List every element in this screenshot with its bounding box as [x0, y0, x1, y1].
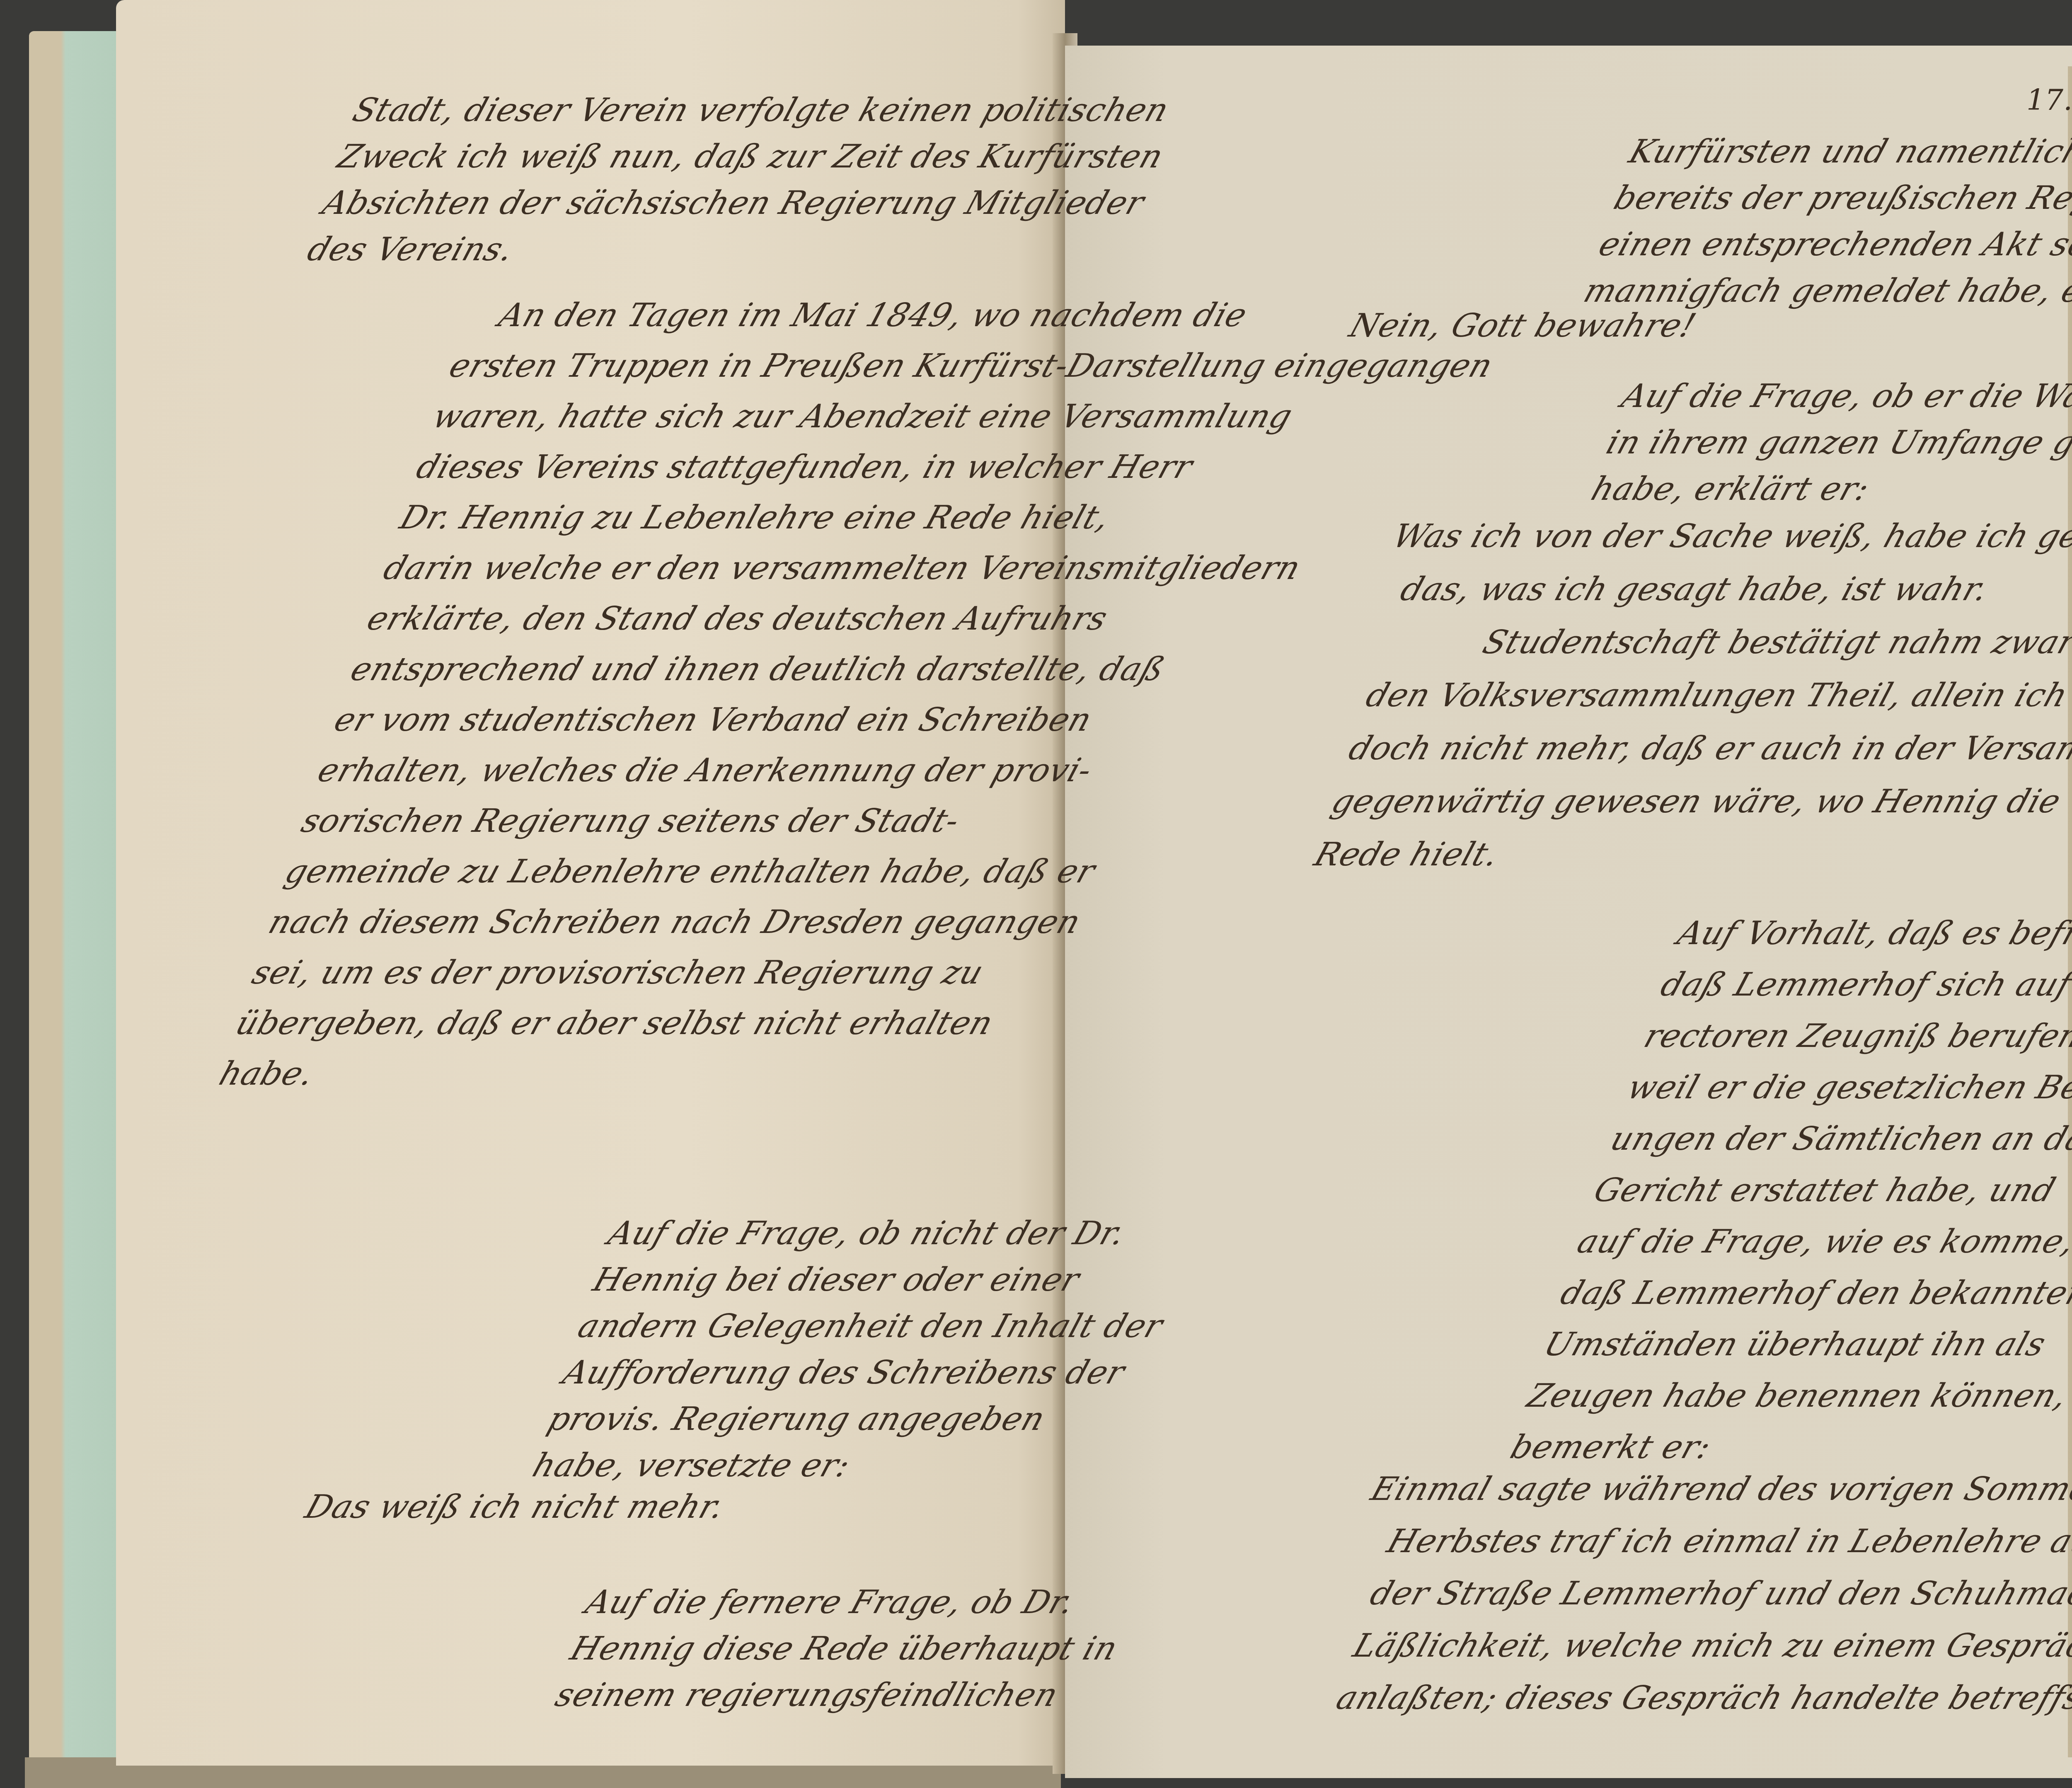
text-line: habe.	[213, 1049, 1270, 1099]
right-answer-1: Nein, Gott bewahre!	[1343, 303, 1702, 349]
text-line: Auf die fernere Frage, ob Dr.	[579, 1579, 1139, 1626]
text-line: seinem regierungsfeindlichen	[549, 1672, 1109, 1718]
text-line: übergeben, daß er aber selbst nicht erha…	[229, 998, 1286, 1049]
text-line: ersten Truppen in Preußen Kurfürst-Darst…	[443, 341, 1500, 391]
text-line: Zeugen habe benennen können,	[1520, 1370, 2072, 1422]
text-line: Nein, Gott bewahre!	[1343, 303, 1702, 349]
text-line: gemeinde zu Lebenlehre enthalten habe, d…	[278, 846, 1335, 897]
text-line: weil er die gesetzlichen Beschuldig-	[1620, 1062, 2072, 1113]
text-line: der Straße Lemmerhof und den Schuhmacher	[1330, 1568, 2072, 1620]
text-line: in ihrem ganzen Umfange gesagt	[1600, 419, 2072, 466]
text-line: Was ich von der Sache weiß, habe ich ges…	[1386, 510, 2072, 563]
text-line: Stadt, dieser Verein verfolgte keinen po…	[346, 87, 1184, 133]
text-line: das, was ich gesagt habe, ist wahr.	[1368, 563, 2072, 616]
text-line: Kurfürsten und namentlich ob er	[1623, 128, 2072, 175]
text-line: Aufforderung des Schreibens der	[557, 1349, 1154, 1396]
text-line: sei, um es der provisorischen Regierung …	[245, 947, 1302, 998]
text-line: Gericht erstattet habe, und	[1587, 1165, 2072, 1216]
text-line: sorischen Regierung seitens der Stadt-	[295, 796, 1352, 846]
text-line: habe, erklärt er:	[1585, 466, 2072, 512]
text-line: Rede hielt.	[1282, 828, 2072, 881]
text-line: Studentschaft bestätigt nahm zwar gewöhn…	[1351, 616, 2072, 669]
text-line: darin welche er den versammelten Vereins…	[377, 543, 1434, 594]
text-line: auf die Frage, wie es komme,	[1571, 1216, 2072, 1267]
text-line: daß Lemmerhof sich auf den Di-	[1654, 959, 2072, 1010]
text-line: Auf die Frage, ob nicht der Dr.	[602, 1210, 1199, 1257]
text-line: daß Lemmerhof den bekannten	[1554, 1267, 2072, 1319]
text-line: gegenwärtig gewesen wäre, wo Hennig die	[1300, 775, 2072, 828]
right-answer-3: Einmal sagte während des vorigen Sommers…	[1296, 1463, 2072, 1724]
text-line: rectoren Zeugniß berufen habe,	[1637, 1010, 2072, 1062]
text-line: einen entsprechenden Akt seine Weise	[1593, 221, 2072, 268]
text-line: Hennig diese Rede überhaupt in	[564, 1626, 1124, 1672]
text-line: nach diesem Schreiben nach Dresden gegan…	[262, 897, 1319, 947]
text-line: den Volksversammlungen Theil, allein ich…	[1334, 669, 2072, 722]
text-line: doch nicht mehr, daß er auch in der Vers…	[1317, 722, 2072, 775]
text-line: Umständen überhaupt ihn als	[1537, 1319, 2072, 1370]
right-question-1: Auf die Frage, ob er die Wahrheit in ihr…	[1585, 373, 2072, 512]
left-question-2: Auf die fernere Frage, ob Dr. Hennig die…	[549, 1579, 1139, 1718]
text-line: Dr. Hennig zu Lebenlehre eine Rede hielt…	[393, 492, 1450, 543]
page-number: 17.	[2026, 83, 2072, 117]
text-line: waren, hatte sich zur Abendzeit eine Ver…	[426, 391, 1483, 442]
text-line: provis. Regierung angegeben	[542, 1396, 1139, 1442]
text-line: er vom studentischen Verband ein Schreib…	[327, 695, 1385, 745]
text-line: Das weiß ich nicht mehr.	[299, 1484, 731, 1530]
left-question-1: Auf die Frage, ob nicht der Dr. Hennig b…	[527, 1210, 1199, 1489]
left-continuation: Stadt, dieser Verein verfolgte keinen po…	[301, 87, 1184, 273]
text-line: ungen der Sämtlichen an das	[1604, 1113, 2072, 1165]
right-continuation: Kurfürsten und namentlich ob er bereits …	[1578, 128, 2072, 314]
text-line: Auf die Frage, ob er die Wahrheit	[1615, 373, 2072, 419]
text-line: dieses Vereins stattgefunden, in welcher…	[410, 442, 1467, 492]
text-line: andern Gelegenheit den Inhalt der	[572, 1303, 1169, 1349]
text-line: habe, versetzte er:	[527, 1442, 1124, 1489]
text-line: Auf Vorhalt, daß es befremde,	[1670, 908, 2072, 959]
text-line: bereits der preußischen Regierung durch	[1608, 175, 2072, 221]
book-cover-left-edge	[29, 31, 120, 1788]
right-answer-2: Was ich von der Sache weiß, habe ich ges…	[1282, 510, 2072, 881]
text-line: Läßlichkeit, welche mich zu einem Gesprä…	[1313, 1620, 2072, 1672]
open-manuscript-book: 17. Stadt, dieser Verein verfolgte keine…	[0, 0, 2072, 1788]
text-line: des Vereins.	[301, 226, 1139, 273]
left-answer-1: Das weiß ich nicht mehr.	[299, 1484, 731, 1530]
text-line: Herbstes traf ich einmal in Lebenlehre a…	[1347, 1515, 2072, 1568]
text-line: Zweck ich weiß nun, daß zur Zeit des Kur…	[332, 133, 1169, 180]
text-line: entsprechend und ihnen deutlich darstell…	[344, 644, 1401, 695]
text-line: anlaßten; dieses Gespräch handelte betre…	[1296, 1672, 2072, 1724]
text-line: erhalten, welches die Anerkennung der pr…	[311, 745, 1368, 796]
text-line: Hennig bei dieser oder einer	[587, 1257, 1184, 1303]
text-line: Absichten der sächsischen Regierung Mitg…	[317, 180, 1155, 226]
text-line: erklärte, den Stand des deutschen Aufruh…	[361, 594, 1418, 644]
text-line: Einmal sagte während des vorigen Sommers…	[1364, 1463, 2072, 1515]
